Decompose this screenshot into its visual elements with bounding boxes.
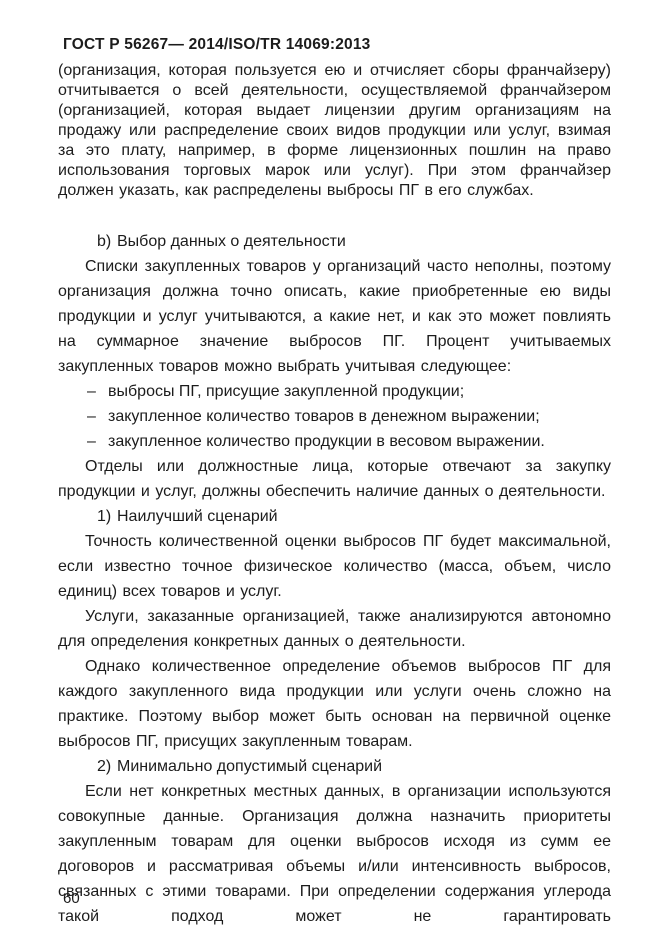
page-number: 60	[63, 889, 80, 909]
list-item: – закупленное количество товаров в денеж…	[58, 404, 611, 429]
heading-1-best-scenario: 1) Наилучший сценарий	[58, 504, 611, 529]
list-item-text: выбросы ПГ, присущие закупленной продукц…	[108, 383, 464, 400]
heading-b-activity-data: b) Выбор данных о деятельности	[58, 229, 611, 254]
heading-text: Наилучший сценарий	[117, 508, 278, 525]
heading-text: Минимально допустимый сценарий	[117, 758, 382, 775]
document-header: ГОСТ Р 56267— 2014/ISO/TR 14069:2013	[63, 36, 370, 54]
bullet-dash-icon: –	[87, 404, 96, 429]
document-body: (организация, которая пользуется ею и от…	[58, 61, 611, 929]
heading-marker: 2)	[97, 754, 111, 779]
paragraph-quantification-accuracy: Точность количественной оценки выбросов …	[58, 529, 611, 604]
list-item: – выбросы ПГ, присущие закупленной проду…	[58, 379, 611, 404]
heading-marker: b)	[97, 229, 111, 254]
bullet-dash-icon: –	[87, 379, 96, 404]
paragraph-purchased-goods-lists: Списки закупленных товаров у организаций…	[58, 254, 611, 379]
heading-2-minimal-scenario: 2) Минимально допустимый сценарий	[58, 754, 611, 779]
paragraph-aggregate-data: Если нет конкретных местных данных, в ор…	[58, 779, 611, 929]
paragraph-however-estimation: Однако количественное определение объемо…	[58, 654, 611, 754]
bullet-dash-icon: –	[87, 429, 96, 454]
paragraph-franchise-continuation: (организация, которая пользуется ею и от…	[58, 61, 611, 201]
document-page: ГОСТ Р 56267— 2014/ISO/TR 14069:2013 (ор…	[0, 0, 662, 935]
heading-marker: 1)	[97, 504, 111, 529]
paragraph-departments-responsibility: Отделы или должностные лица, которые отв…	[58, 454, 611, 504]
list-item-text: закупленное количество товаров в денежно…	[108, 408, 540, 425]
paragraph-services-analysis: Услуги, заказанные организацией, также а…	[58, 604, 611, 654]
heading-text: Выбор данных о деятельности	[117, 233, 346, 250]
list-item: – закупленное количество продукции в вес…	[58, 429, 611, 454]
list-item-text: закупленное количество продукции в весов…	[108, 433, 545, 450]
